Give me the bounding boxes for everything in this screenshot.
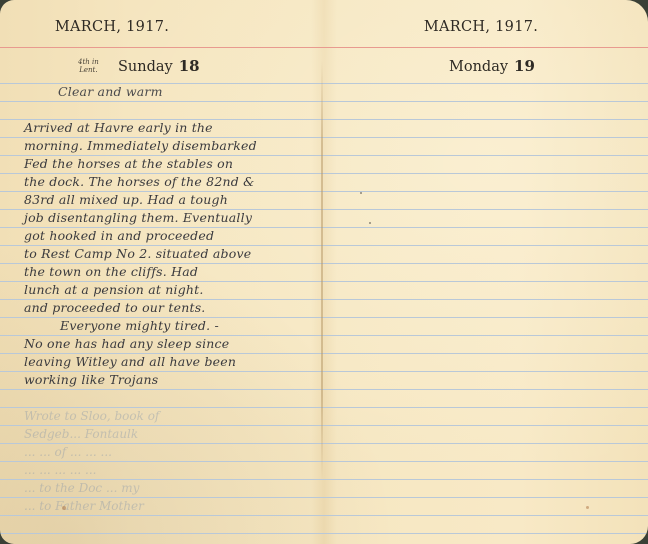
left-page: MARCH, 1917. 4th in Lent. Sunday 18 Clea…: [0, 0, 324, 544]
diary-spread: MARCH, 1917. 4th in Lent. Sunday 18 Clea…: [0, 0, 648, 544]
day-heading: Sunday 18: [118, 57, 200, 75]
liturgical-note: 4th in Lent.: [78, 58, 99, 74]
entry-line: got hooked in and proceeded: [24, 227, 324, 245]
lent-note-line1: 4th in: [78, 58, 99, 66]
bleed-line: Sedgeb... Fontaulk: [24, 425, 324, 443]
bleed-line: ... ... ... ... ...: [24, 461, 324, 479]
weather-entry: Clear and warm: [58, 83, 358, 101]
entry-line: the town on the cliffs. Had: [24, 263, 324, 281]
entry-line: job disentangling them. Eventually: [24, 209, 324, 227]
lent-note-line2: Lent.: [78, 66, 99, 74]
day-number: 18: [179, 57, 200, 75]
bleed-line: Wrote to Sloo, book of: [24, 407, 324, 425]
entry-line: lunch at a pension at night.: [24, 281, 324, 299]
paper-speck: [369, 222, 371, 224]
entry-line: Fed the horses at the stables on: [24, 155, 324, 173]
blue-ruled-lines: [324, 83, 648, 544]
entry-line: leaving Witley and all have been: [24, 353, 324, 371]
entry-line: and proceeded to our tents.: [24, 299, 324, 317]
paper-speck: [360, 192, 362, 194]
month-header: MARCH, 1917.: [324, 19, 648, 35]
day-name: Sunday: [118, 59, 173, 75]
paper-stain: [586, 506, 589, 509]
red-header-rule: [324, 47, 648, 48]
paper-stain: [62, 506, 66, 510]
month-header: MARCH, 1917.: [0, 19, 324, 35]
entry-line: No one has had any sleep since: [24, 335, 324, 353]
entry-line: the dock. The horses of the 82nd &: [24, 173, 324, 191]
bleed-through-text: Wrote to Sloo, book of Sedgeb... Fontaul…: [24, 407, 324, 515]
entry-line: 83rd all mixed up. Had a tough: [24, 191, 324, 209]
entry-line: working like Trojans: [24, 371, 324, 389]
bleed-line: ... ... of ... ... ...: [24, 443, 324, 461]
day-number: 19: [514, 57, 535, 75]
entry-line: to Rest Camp No 2. situated above: [24, 245, 324, 263]
right-page: MARCH, 1917. Monday 19: [324, 0, 648, 544]
entry-line: Everyone mighty tired. -: [24, 317, 324, 335]
bleed-line: ... to the Doc ... my: [24, 479, 324, 497]
day-name: Monday: [449, 59, 508, 75]
bleed-line: ... to Father Mother: [24, 497, 324, 515]
handwritten-entry: Arrived at Havre early in the morning. I…: [24, 119, 324, 389]
page-gutter: [321, 60, 323, 480]
entry-line: Arrived at Havre early in the: [24, 119, 324, 137]
entry-line: morning. Immediately disembarked: [24, 137, 324, 155]
red-header-rule: [0, 47, 324, 48]
day-heading: Monday 19: [449, 57, 535, 75]
